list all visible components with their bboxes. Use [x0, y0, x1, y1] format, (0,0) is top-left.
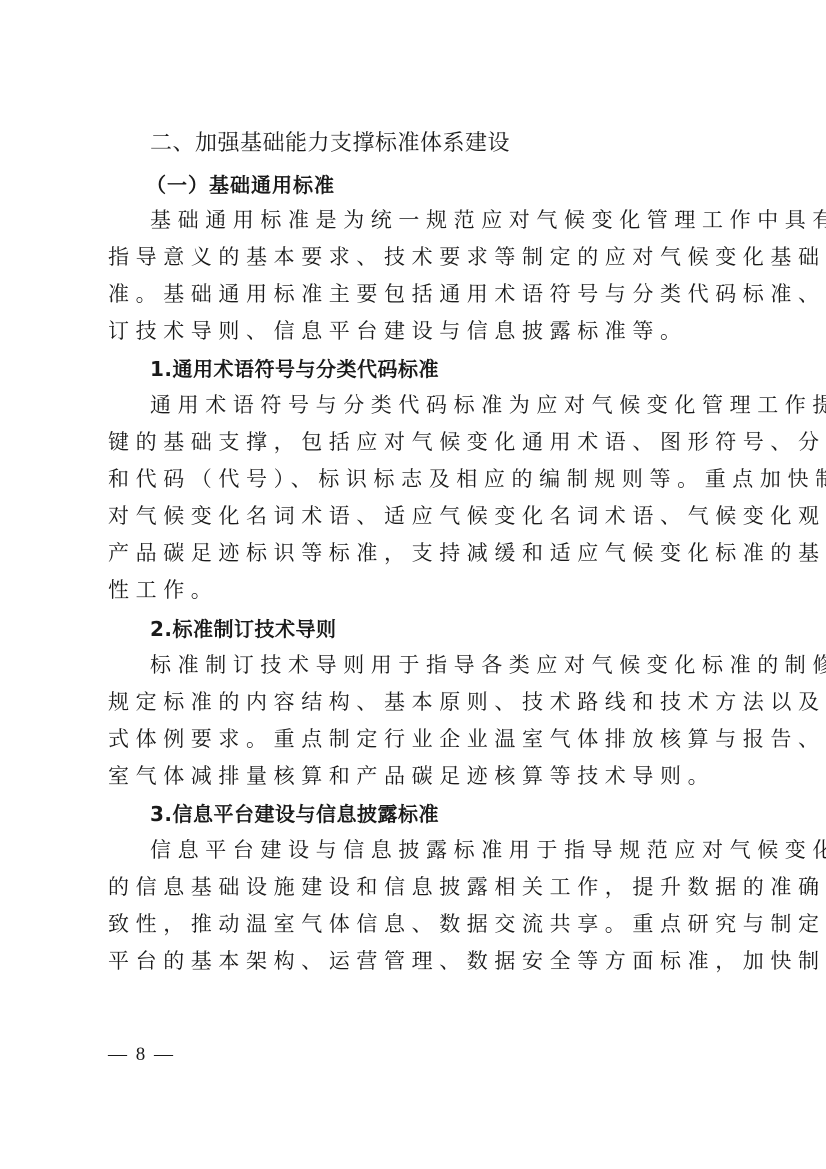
page-number: — 8 —	[108, 1043, 175, 1067]
paragraph-line: 的信息基础设施建设和信息披露相关工作，提升数据的准确性和一	[108, 875, 722, 899]
paragraph-line: 性工作。	[108, 578, 722, 602]
paragraph-line: 产品碳足迹标识等标准，支持减缓和适应气候变化标准的基础规范	[108, 541, 722, 565]
paragraph-line: 基础通用标准是为统一规范应对气候变化管理工作中具有通用	[150, 208, 722, 232]
document-page: 二、加强基础能力支撑标准体系建设 （一）基础通用标准 基础通用标准是为统一规范应…	[0, 0, 826, 1169]
paragraph-line: 对气候变化名词术语、适应气候变化名词术语、气候变化观测术语、	[108, 504, 722, 528]
subsection-heading: （一）基础通用标准	[146, 172, 335, 198]
paragraph-line: 室气体减排量核算和产品碳足迹核算等技术导则。	[108, 764, 722, 788]
item-heading-3: 3.信息平台建设与信息披露标准	[150, 801, 439, 827]
paragraph-line: 平台的基本架构、运营管理、数据安全等方面标准，加快制定碳排	[108, 949, 722, 973]
paragraph-line: 键的基础支撑，包括应对气候变化通用术语、图形符号、分类编码	[108, 430, 722, 454]
paragraph-line: 标准制订技术导则用于指导各类应对气候变化标准的制修订，	[150, 653, 722, 677]
paragraph-line: 式体例要求。重点制定行业企业温室气体排放核算与报告、项目温	[108, 727, 722, 751]
paragraph-line: 规定标准的内容结构、基本原则、技术路线和技术方法以及具体格	[108, 690, 722, 714]
paragraph-line: 指导意义的基本要求、技术要求等制定的应对气候变化基础共性标	[108, 245, 722, 269]
item-heading-2: 2.标准制订技术导则	[150, 616, 337, 642]
paragraph-line: 订技术导则、信息平台建设与信息披露标准等。	[108, 319, 722, 343]
item-heading-1: 1.通用术语符号与分类代码标准	[150, 356, 439, 382]
paragraph-line: 信息平台建设与信息披露标准用于指导规范应对气候变化相关	[150, 838, 722, 862]
paragraph-line: 致性，推动温室气体信息、数据交流共享。重点研究与制定信息化	[108, 912, 722, 936]
paragraph-line: 准。基础通用标准主要包括通用术语符号与分类代码标准、标准制	[108, 282, 722, 306]
paragraph-line: 和代码（代号）、标识标志及相应的编制规则等。重点加快制定应	[108, 467, 722, 491]
paragraph-line: 通用术语符号与分类代码标准为应对气候变化管理工作提供关	[150, 393, 722, 417]
section-heading: 二、加强基础能力支撑标准体系建设	[150, 131, 510, 157]
